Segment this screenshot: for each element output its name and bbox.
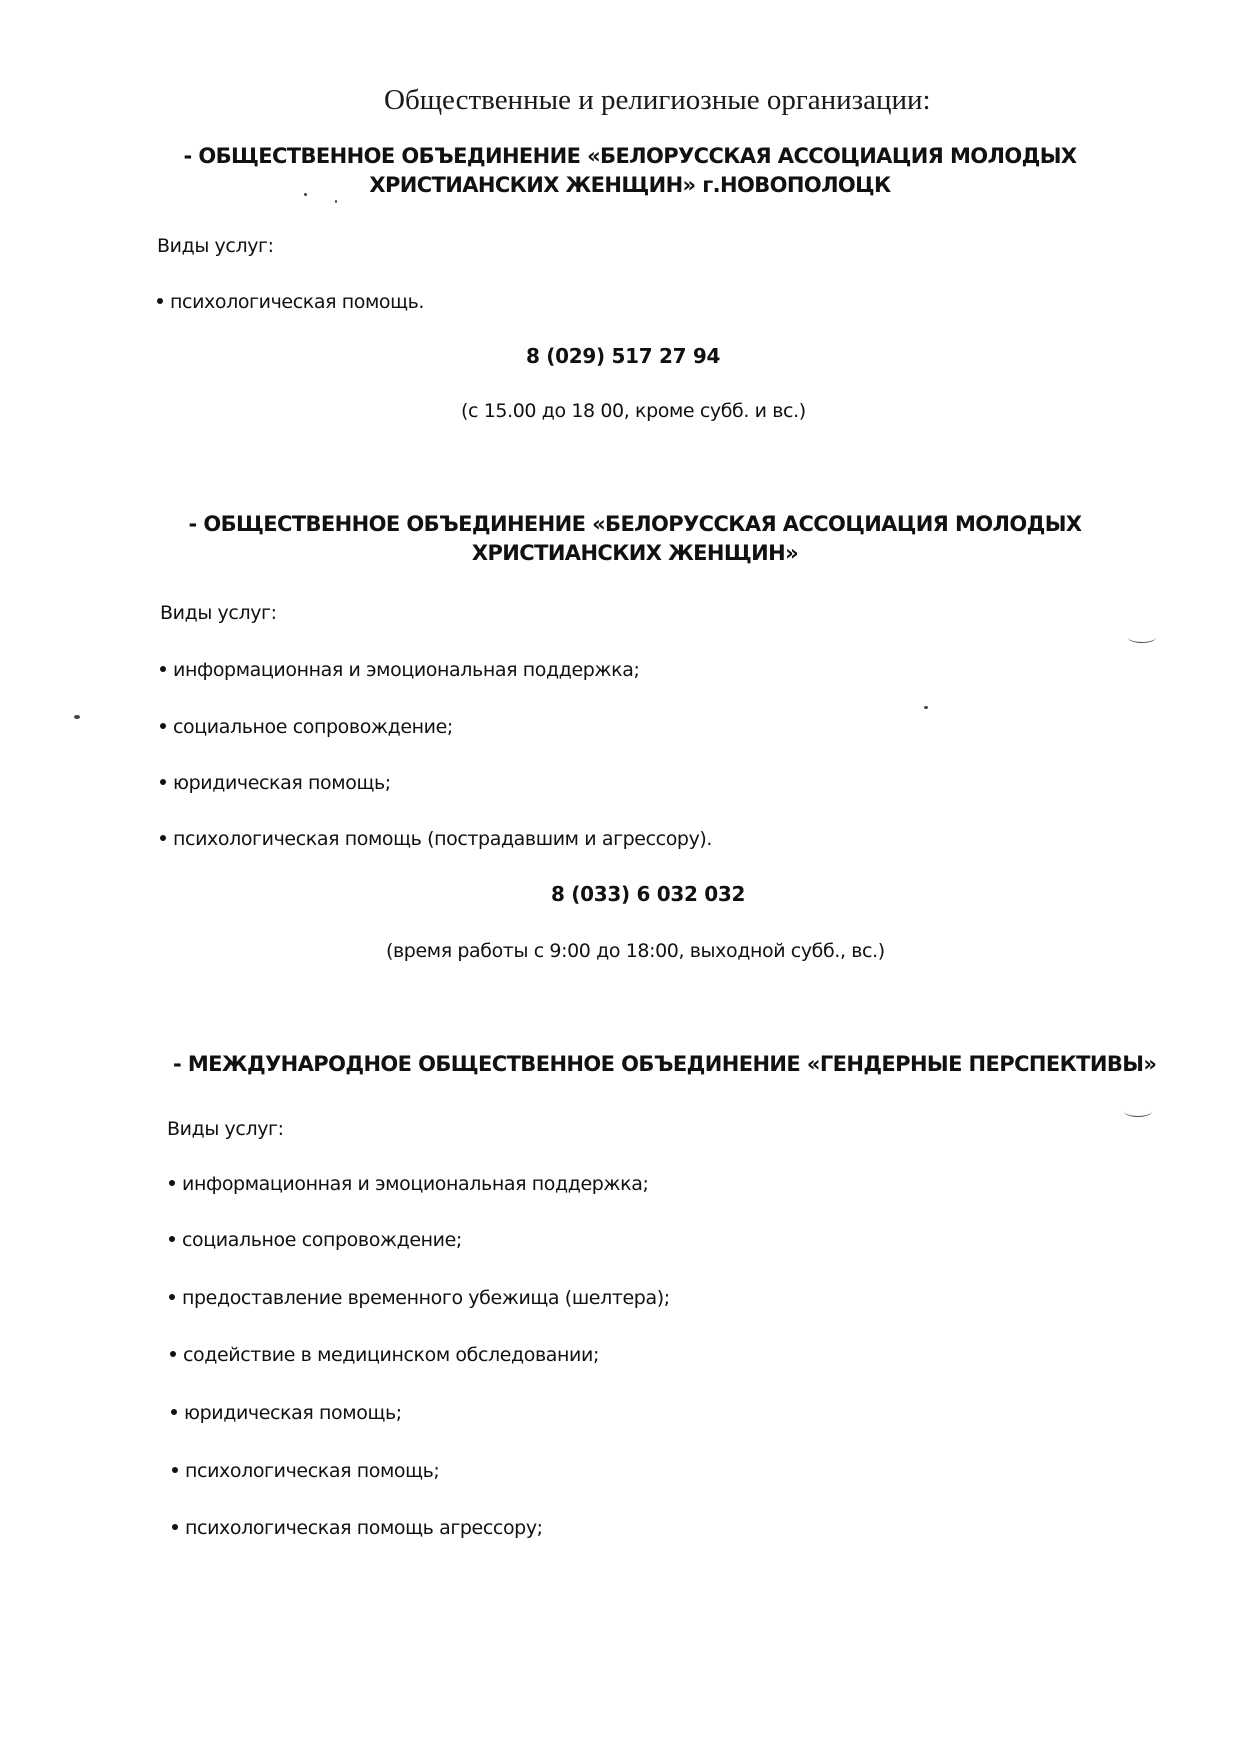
org-2-service-item: юридическая помощь; bbox=[160, 772, 391, 794]
org-2-service-item: информационная и эмоциональная поддержка… bbox=[160, 659, 639, 681]
scan-speck bbox=[924, 706, 928, 709]
scan-speck bbox=[74, 715, 80, 719]
org-1-hours: (с 15.00 до 18 00, кроме субб. и вс.) bbox=[461, 400, 806, 422]
org-3-service-item: социальное сопровождение; bbox=[169, 1229, 462, 1251]
org-3-service-item: юридическая помощь; bbox=[171, 1402, 402, 1424]
org-2-name: - ОБЩЕСТВЕННОЕ ОБЪЕДИНЕНИЕ «БЕЛОРУССКАЯ … bbox=[155, 510, 1115, 568]
org-1-name-line1: - ОБЩЕСТВЕННОЕ ОБЪЕДИНЕНИЕ «БЕЛОРУССКАЯ … bbox=[150, 142, 1110, 171]
bullet-icon bbox=[160, 723, 166, 729]
org-2-service-item: социальное сопровождение; bbox=[160, 716, 453, 738]
bullet-icon bbox=[169, 1180, 175, 1186]
org-2-hours: (время работы с 9:00 до 18:00, выходной … bbox=[386, 940, 885, 962]
bullet-icon bbox=[157, 298, 163, 304]
org-1-name-line2: ХРИСТИАНСКИХ ЖЕНЩИН» г.НОВОПОЛОЦК bbox=[150, 171, 1110, 200]
org-3-service-item: информационная и эмоциональная поддержка… bbox=[169, 1173, 648, 1195]
org-2-phone: 8 (033) 6 032 032 bbox=[551, 882, 745, 906]
org-1-name: - ОБЩЕСТВЕННОЕ ОБЪЕДИНЕНИЕ «БЕЛОРУССКАЯ … bbox=[150, 142, 1110, 200]
org-1-phone: 8 (029) 517 27 94 bbox=[526, 344, 720, 368]
org-3-name: - МЕЖДУНАРОДНОЕ ОБЩЕСТВЕННОЕ ОБЪЕДИНЕНИЕ… bbox=[173, 1050, 1156, 1079]
scan-mark bbox=[1124, 1106, 1152, 1117]
bullet-icon bbox=[169, 1294, 175, 1300]
bullet-icon bbox=[171, 1409, 177, 1415]
org-2-name-line2: ХРИСТИАНСКИХ ЖЕНЩИН» bbox=[155, 539, 1115, 568]
org-3-service-item: предоставление временного убежища (шелте… bbox=[169, 1287, 670, 1309]
org-1-service-item: психологическая помощь. bbox=[157, 291, 424, 313]
org-3-services-label: Виды услуг: bbox=[167, 1118, 284, 1140]
bullet-icon bbox=[170, 1351, 176, 1357]
org-2-service-item: психологическая помощь (пострадавшим и а… bbox=[160, 828, 712, 850]
bullet-icon bbox=[172, 1524, 178, 1530]
org-3-service-item: психологическая помощь агрессору; bbox=[172, 1517, 543, 1539]
page-title: Общественные и религиозные организации: bbox=[384, 84, 931, 117]
bullet-icon bbox=[160, 666, 166, 672]
org-3-service-item: психологическая помощь; bbox=[172, 1460, 439, 1482]
bullet-icon bbox=[169, 1236, 175, 1242]
bullet-icon bbox=[172, 1467, 178, 1473]
bullet-icon bbox=[160, 779, 166, 785]
scan-speck bbox=[304, 193, 307, 196]
org-1-services-label: Виды услуг: bbox=[157, 235, 274, 257]
org-2-name-line1: - ОБЩЕСТВЕННОЕ ОБЪЕДИНЕНИЕ «БЕЛОРУССКАЯ … bbox=[155, 510, 1115, 539]
org-3-service-item: содействие в медицинском обследовании; bbox=[170, 1344, 599, 1366]
scan-speck bbox=[335, 200, 337, 203]
org-2-services-label: Виды услуг: bbox=[160, 602, 277, 624]
scan-mark bbox=[1128, 632, 1156, 643]
bullet-icon bbox=[160, 835, 166, 841]
